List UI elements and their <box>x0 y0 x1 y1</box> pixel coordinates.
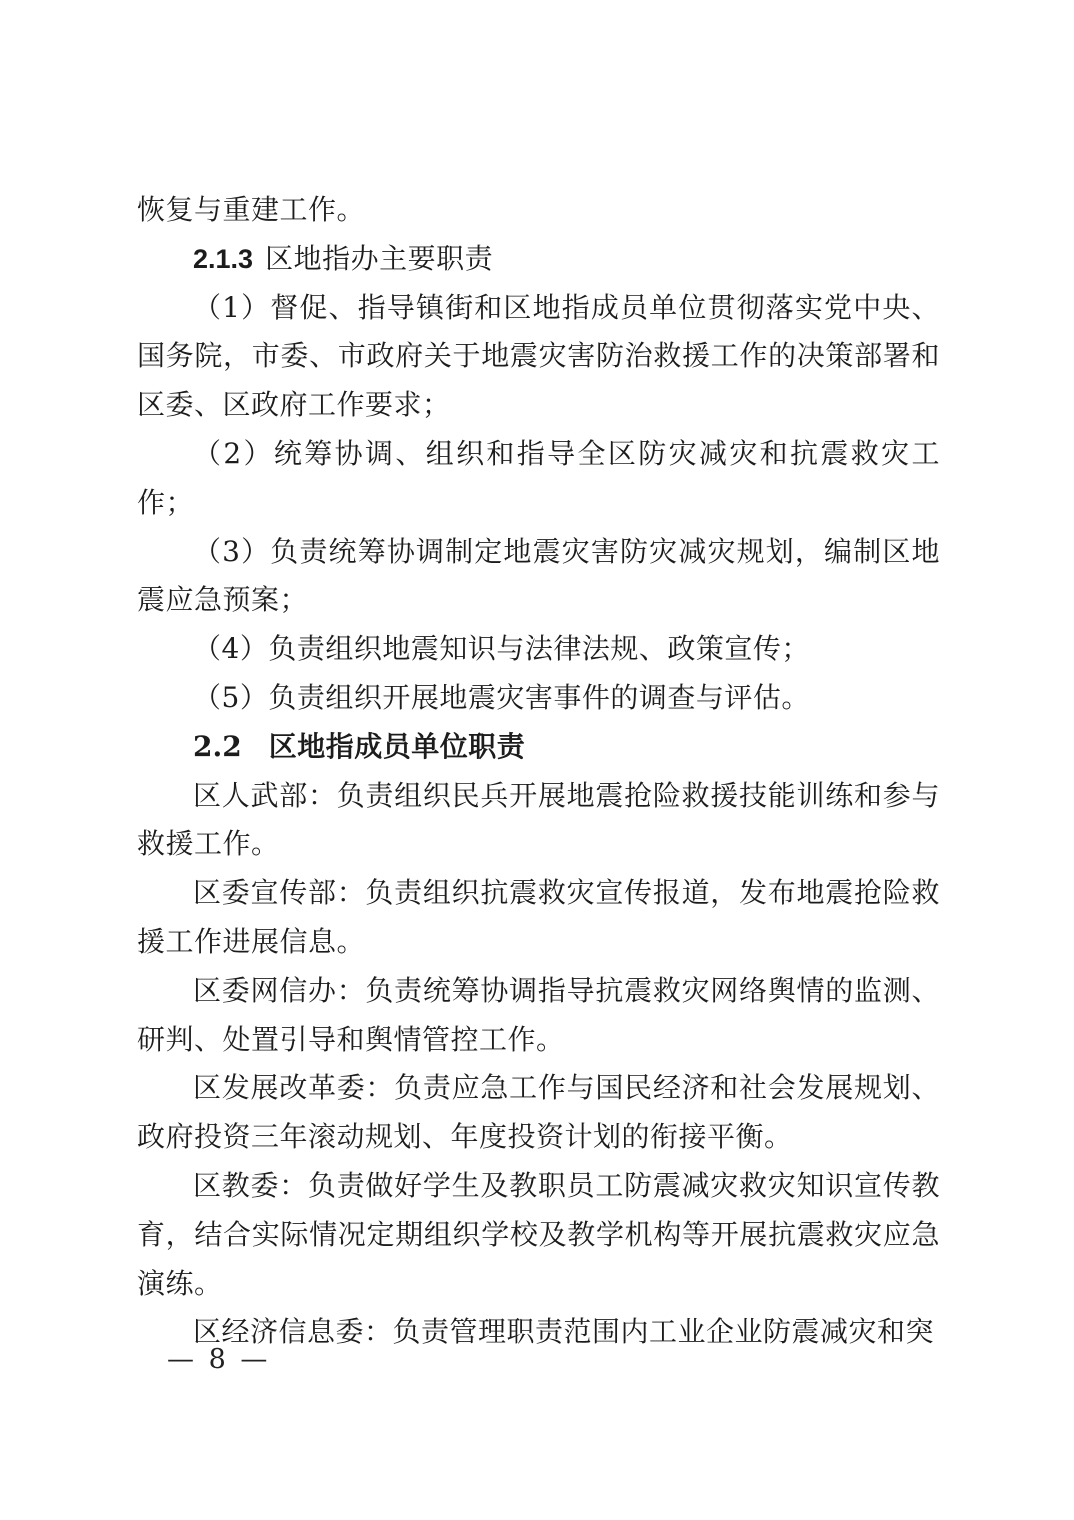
page-number: — 8 — <box>167 1344 270 1375</box>
heading-title: 区地指办主要职责 <box>265 242 493 275</box>
section-heading-2-2: 2.2区地指成员单位职责 <box>137 723 940 772</box>
heading-number: 2.1.3 <box>193 244 253 274</box>
paragraph-unit-xuanchuanbu: 区委宣传部：负责组织抗震救灾宣传报道，发布地震抢险救援工作进展信息。 <box>137 869 940 967</box>
paragraph-continuation: 恢复与重建工作。 <box>137 186 940 235</box>
section-heading-2-1-3: 2.1.3区地指办主要职责 <box>137 235 940 284</box>
paragraph-unit-renwubu: 区人武部：负责组织民兵开展地震抢险救援技能训练和参与救援工作。 <box>137 772 940 870</box>
paragraph-unit-fazhangaigewei: 区发展改革委：负责应急工作与国民经济和社会发展规划、政府投资三年滚动规划、年度投… <box>137 1064 940 1162</box>
paragraph-item-5: （5）负责组织开展地震灾害事件的调查与评估。 <box>137 674 940 723</box>
paragraph-item-2: （2）统筹协调、组织和指导全区防灾减灾和抗震救灾工作； <box>137 430 940 528</box>
document-page: 恢复与重建工作。 2.1.3区地指办主要职责 （1）督促、指导镇街和区地指成员单… <box>0 0 1074 1520</box>
paragraph-item-1: （1）督促、指导镇街和区地指成员单位贯彻落实党中央、国务院，市委、市政府关于地震… <box>137 284 940 430</box>
paragraph-unit-wangxinban: 区委网信办：负责统筹协调指导抗震救灾网络舆情的监测、研判、处置引导和舆情管控工作… <box>137 967 940 1065</box>
paragraph-item-3: （3）负责统筹协调制定地震灾害防灾减灾规划，编制区地震应急预案； <box>137 528 940 626</box>
document-body: 恢复与重建工作。 2.1.3区地指办主要职责 （1）督促、指导镇街和区地指成员单… <box>137 186 940 1357</box>
heading-title: 区地指成员单位职责 <box>269 730 526 763</box>
paragraph-item-4: （4）负责组织地震知识与法律法规、政策宣传； <box>137 625 940 674</box>
heading-number: 2.2 <box>193 730 242 763</box>
paragraph-unit-jiaowei: 区教委：负责做好学生及教职员工防震减灾救灾知识宣传教育，结合实际情况定期组织学校… <box>137 1162 940 1308</box>
